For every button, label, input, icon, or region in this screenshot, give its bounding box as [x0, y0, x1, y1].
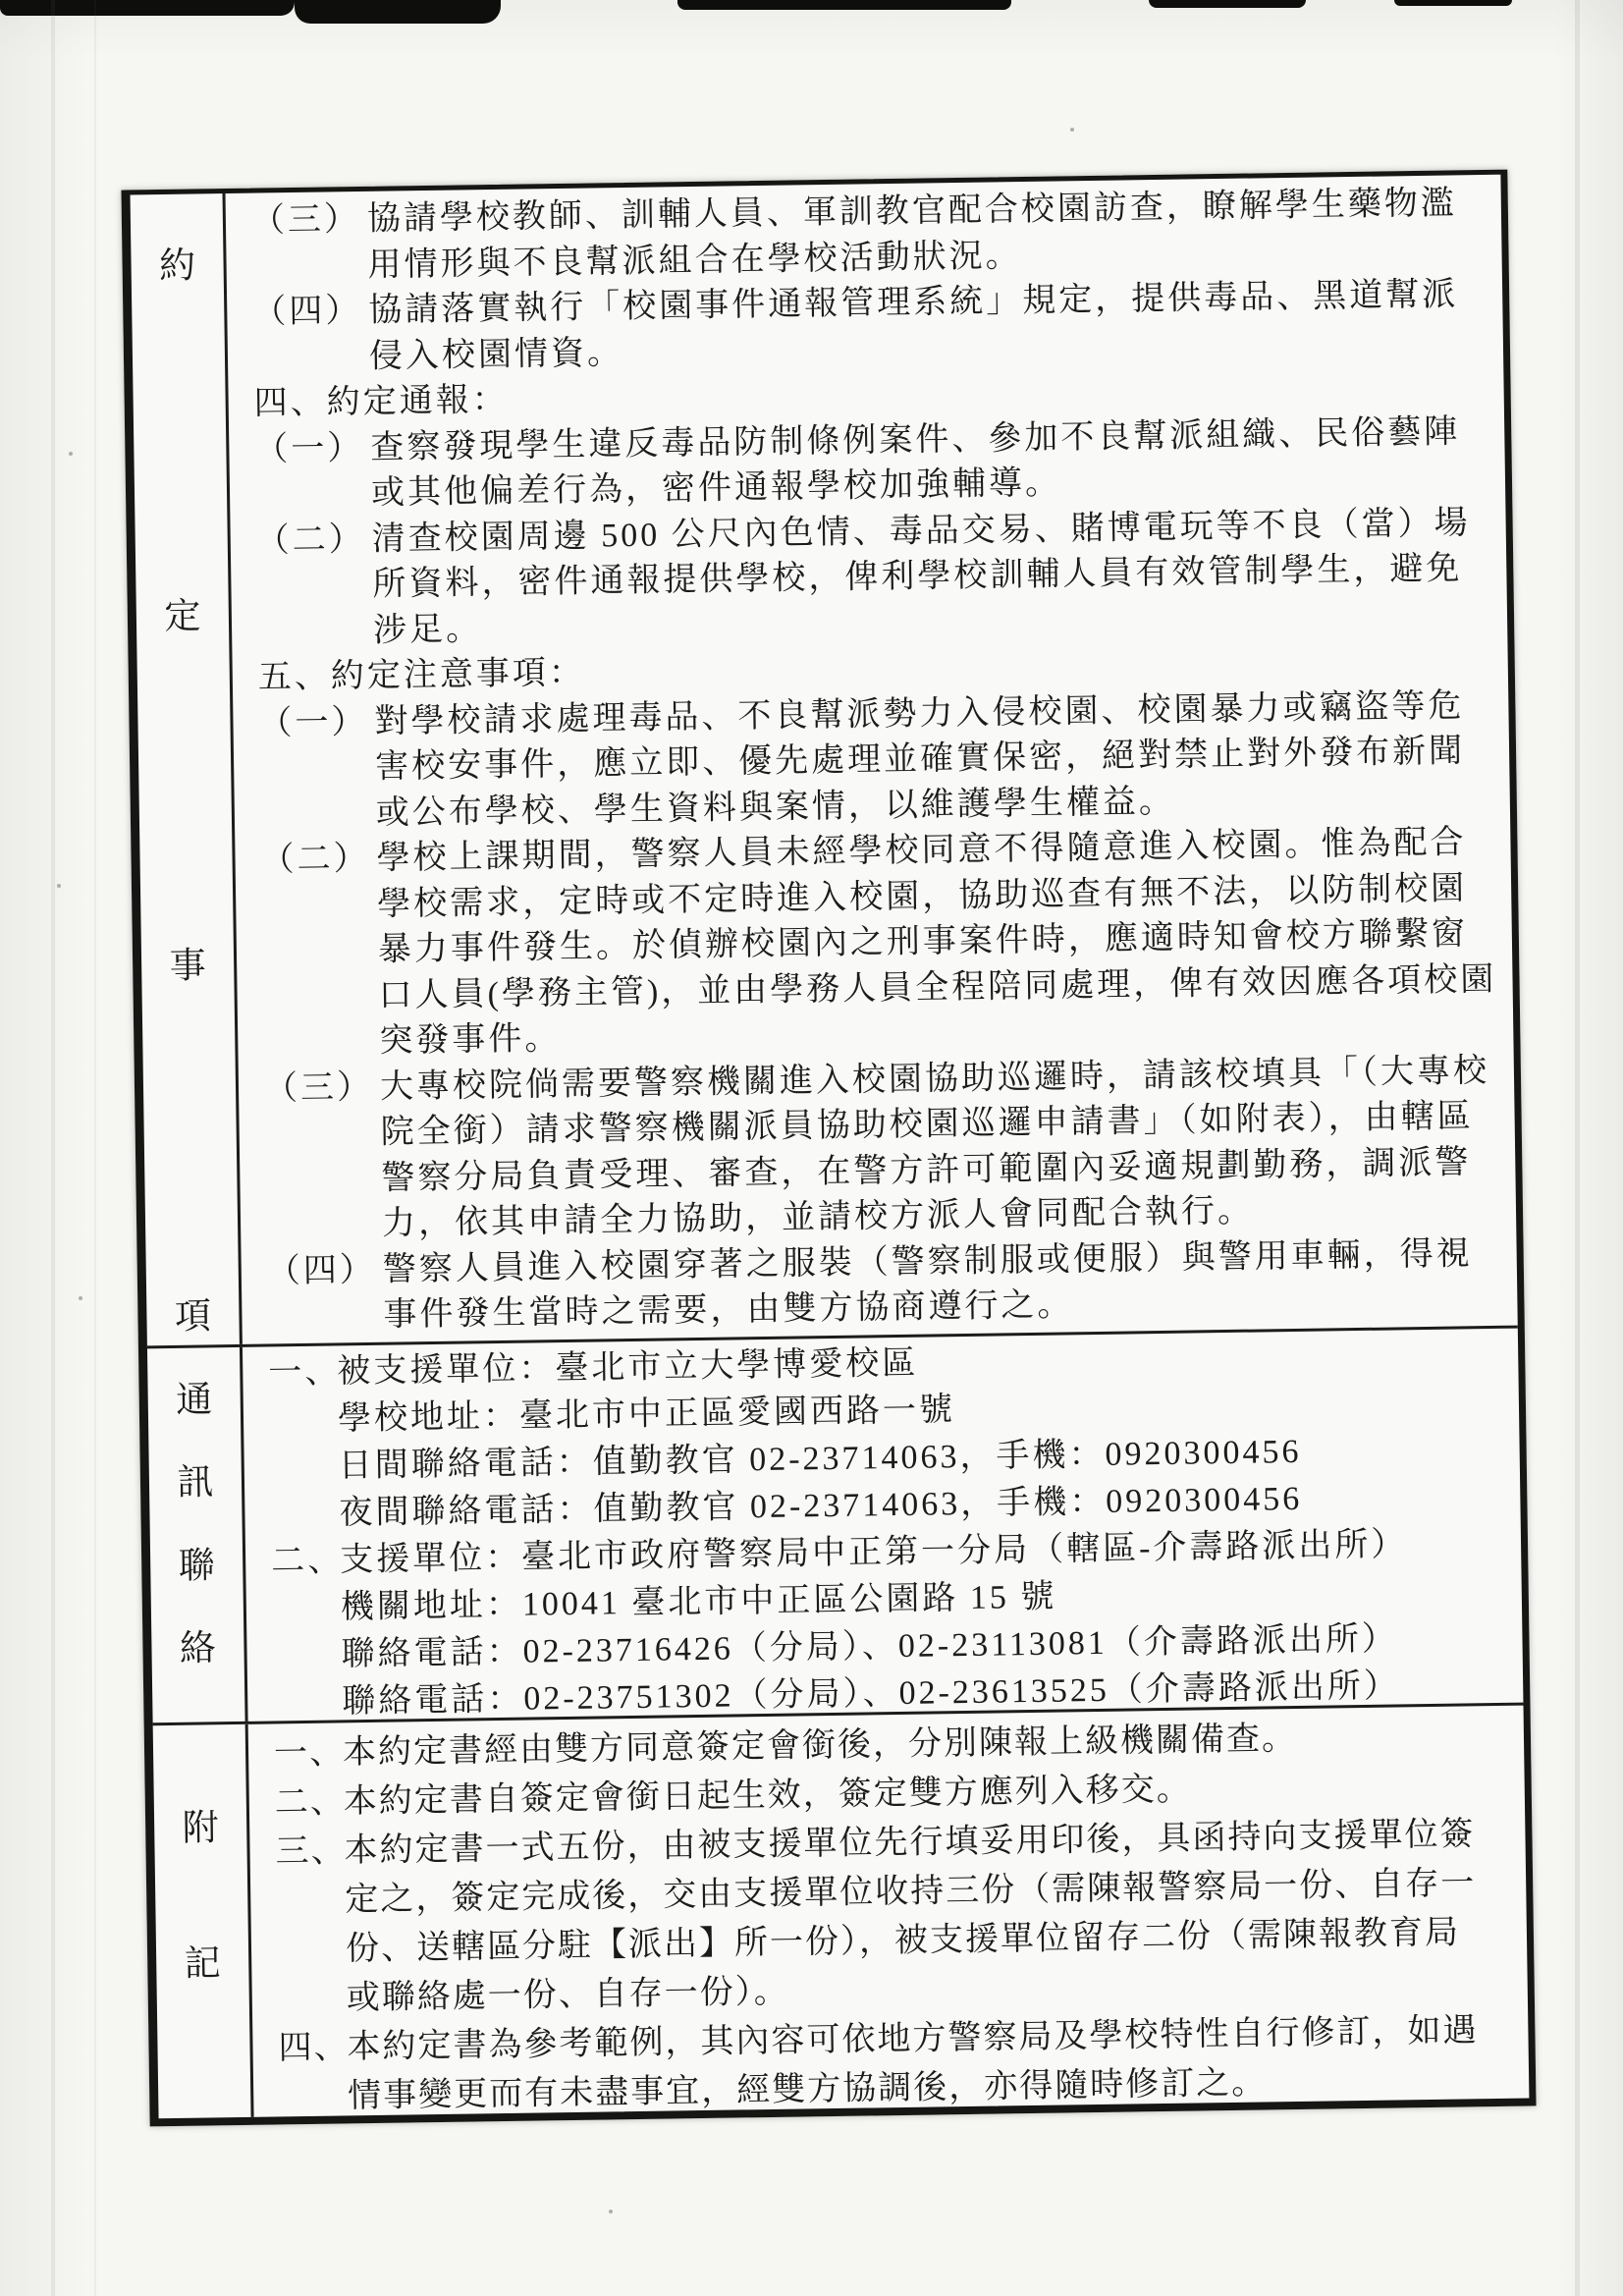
scan-streak: [1575, 0, 1580, 2296]
line-text: 或聯絡處一份、自存一份）。: [347, 1974, 789, 2017]
item-marker: 二、: [271, 1537, 341, 1585]
row-label-communication: 通訊聯絡: [147, 1347, 248, 1722]
line-text: 侵入校園情資。: [369, 335, 624, 375]
row-body-appendix: 一、本約定書經由雙方同意簽定會銜後，分別陳報上級機關備查。二、本約定書自簽定會銜…: [248, 1706, 1530, 2117]
line-text: 五、約定注意事項：: [258, 655, 586, 696]
agreement-table: 約定事項 （三）協請學校教師、訓輔人員、軍訓教官配合校園訪查，瞭解學生藥物濫用情…: [121, 170, 1536, 2127]
scan-speck: [79, 1296, 82, 1300]
scanned-page: 約定事項 （三）協請學校教師、訓輔人員、軍訓教官配合校園訪查，瞭解學生藥物濫用情…: [0, 0, 1623, 2296]
section-label-char: 約: [159, 235, 196, 289]
section-label-char: 聯: [178, 1535, 215, 1589]
item-marker: （二）: [260, 837, 377, 884]
line-text: 四、約定通報：: [253, 382, 509, 422]
line-text: 夜間聯絡電話：值勤教官 02-23714063，手機：0920300456: [339, 1481, 1302, 1532]
section-agreement-items: 約定事項 （三）協請學校教師、訓輔人員、軍訓教官配合校園訪查，瞭解學生藥物濫用情…: [131, 175, 1518, 1346]
scan-edge-artifact: [677, 0, 1011, 10]
line-text: 機關地址：10041 臺北市中正區公園路 15 號: [341, 1579, 1057, 1626]
item-marker: （一）: [254, 425, 371, 472]
section-label-char: 訊: [177, 1452, 214, 1506]
line-text: 學校地址：臺北市中正區愛國西路一號: [338, 1392, 955, 1437]
row-label-appendix: 附記: [153, 1724, 254, 2118]
section-communication: 通訊聯絡 一、被支援單位：臺北市立大學博愛校區學校地址：臺北市中正區愛國西路一號…: [147, 1326, 1524, 1723]
scan-speck: [609, 2210, 613, 2214]
item-marker: 一、: [274, 1728, 344, 1778]
line-text: 支援單位：臺北市政府警察局中正第一分局（轄區-介壽路派出所）: [340, 1526, 1408, 1578]
scan-streak: [94, 0, 96, 2296]
item-marker: （三）: [251, 197, 368, 245]
scan-speck: [69, 452, 73, 456]
scan-speck: [57, 884, 61, 888]
line-text: 本約定書為參考範例，其內容可依地方警察局及學校特性自行修訂，如遇: [347, 2012, 1478, 2065]
line-text: 或公布學校、學生資料與案情，以維護學生權益。: [376, 783, 1175, 831]
section-label-char: 定: [164, 585, 201, 639]
line-text: 用情形與不良幫派組合在學校活動狀況。: [367, 237, 1021, 283]
line-text: 事件發生當時之需要，由雙方協商遵行之。: [383, 1286, 1073, 1333]
section-label-char: 記: [184, 1933, 221, 1987]
line-text: 情事變更而有未盡事宜，經雙方協調後，亦得隨時修訂之。: [348, 2064, 1267, 2114]
section-label-char: 通: [176, 1369, 213, 1423]
item-marker: 四、: [278, 2023, 348, 2073]
line-text: 本約定書經由雙方同意簽定會銜後，分別陳報上級機關備查。: [343, 1721, 1297, 1771]
row-body-agreement-items: （三）協請學校教師、訓輔人員、軍訓教官配合校園訪查，瞭解學生藥物濫用情形與不良幫…: [226, 175, 1518, 1344]
scan-edge-artifact: [1394, 0, 1512, 6]
item-marker: （三）: [264, 1065, 381, 1112]
line-text: 份、送轄區分駐【派出】所一份），被支援單位留存二份（需陳報教育局: [346, 1915, 1460, 1968]
scan-edge-artifact: [1149, 0, 1306, 8]
item-marker: 二、: [274, 1777, 344, 1828]
line-text: 或其他偏差行為，密件通報學校加強輔導。: [371, 465, 1061, 511]
line-text: 突發事件。: [379, 1020, 562, 1060]
line-text: 被支援單位：臺北市立大學博愛校區: [337, 1345, 918, 1391]
scan-edge-artifact: [295, 0, 501, 24]
item-marker: 一、: [268, 1348, 338, 1396]
line-text: 力，依其申請全力協助，並請校方派人會同配合執行。: [382, 1193, 1254, 1242]
section-label-char: 事: [169, 936, 206, 990]
line-text: 本約定書自簽定會銜日起生效，簽定雙方應列入移交。: [344, 1772, 1192, 1821]
line-text: 涉足。: [373, 611, 483, 649]
item-marker: （四）: [266, 1247, 383, 1294]
scan-streak: [51, 0, 55, 2296]
line-text: 日間聯絡電話：值勤教官 02-23714063，手機：0920300456: [338, 1434, 1301, 1485]
section-appendix: 附記 一、本約定書經由雙方同意簽定會銜後，分別陳報上級機關備查。二、本約定書自簽…: [153, 1703, 1530, 2119]
section-label-char: 附: [182, 1797, 219, 1851]
scan-speck: [1070, 128, 1074, 132]
row-label-agreement-items: 約定事項: [131, 193, 243, 1345]
section-label-char: 絡: [180, 1617, 217, 1671]
section-label-char: 項: [175, 1285, 212, 1339]
item-marker: （四）: [252, 289, 369, 336]
item-marker: （一）: [258, 699, 375, 746]
item-marker: （二）: [255, 517, 372, 564]
scan-edge-artifact: [0, 0, 295, 16]
row-body-communication: 一、被支援單位：臺北市立大學博愛校區學校地址：臺北市中正區愛國西路一號日間聯絡電…: [243, 1329, 1524, 1722]
item-marker: 三、: [275, 1827, 345, 1877]
